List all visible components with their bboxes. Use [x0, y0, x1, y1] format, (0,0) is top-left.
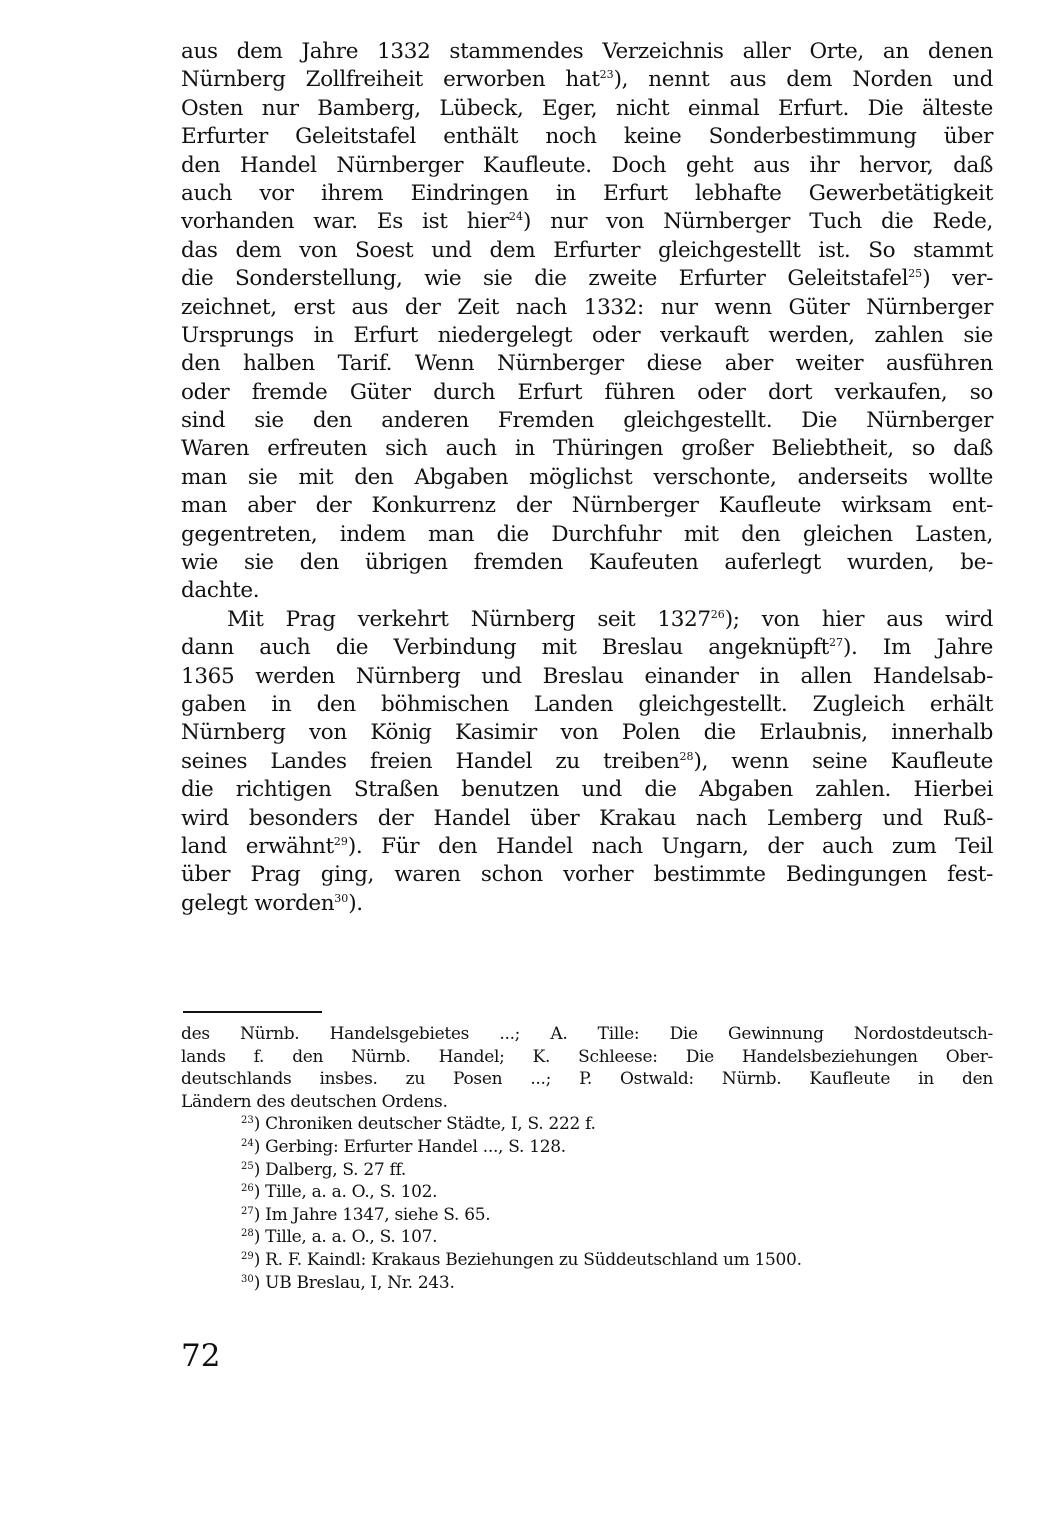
text-run: ) ver-: [922, 266, 993, 291]
text-run: ), wenn seine Kaufleute: [694, 749, 993, 774]
footnote-text: R. F. Kaindl: Krakaus Beziehungen zu Süd…: [265, 1250, 802, 1270]
footnote-number: 25: [241, 1161, 254, 1172]
text-line: vorhanden war. Es ist hier24) nur von Nü…: [181, 208, 993, 236]
text-run: Osten nur Bamberg, Lübeck, Eger, nicht e…: [181, 96, 993, 121]
text-run: vorhanden war. Es ist hier: [181, 209, 509, 234]
text-line: den halben Tarif. Wenn Nürnberger diese …: [181, 350, 993, 378]
footnote-text: Im Jahre 1347, siehe S. 65.: [265, 1205, 490, 1225]
text-line: das dem von Soest und dem Erfurter gleic…: [181, 237, 993, 265]
text-run: 1365 werden Nürnberg und Breslau einande…: [181, 664, 993, 689]
footnote-continuation: des Nürnb. Handelsgebietes ...; A. Tille…: [181, 1023, 993, 1113]
footnote-number: 24: [241, 1138, 254, 1149]
footnote-paren: ): [254, 1250, 265, 1270]
text-line: aus dem Jahre 1332 stammendes Verzeichni…: [181, 38, 993, 66]
footnote-text: Gerbing: Erfurter Handel ..., S. 128.: [265, 1137, 566, 1157]
text-run: oder fremde Güter durch Erfurt führen od…: [181, 380, 993, 405]
text-run: dachte.: [181, 578, 259, 603]
footnote-text: Dalberg, S. 27 ff.: [265, 1160, 406, 1180]
text-run: gaben in den böhmischen Landen gleichges…: [181, 692, 993, 717]
text-run: über Prag ging, waren schon vorher besti…: [181, 862, 993, 887]
footnote-continuation-line: lands f. den Nürnb. Handel; K. Schleese:…: [181, 1046, 993, 1069]
footnote-paren: ): [254, 1227, 265, 1247]
footnote-item: 28) Tille, a. a. O., S. 107.: [181, 1226, 993, 1249]
footnote-text: Tille, a. a. O., S. 107.: [265, 1227, 437, 1247]
footnote-paren: ): [254, 1160, 265, 1180]
footnote-item: 30) UB Breslau, I, Nr. 243.: [181, 1272, 993, 1295]
footnote-number: 26: [241, 1183, 254, 1194]
text-run: ), nennt aus dem Norden und: [614, 67, 993, 92]
text-run: Waren erfreuten sich auch in Thüringen g…: [181, 436, 993, 461]
footnote-item: 26) Tille, a. a. O., S. 102.: [181, 1181, 993, 1204]
footnote-paren: ): [254, 1137, 265, 1157]
footnote-number: 30: [241, 1274, 254, 1285]
text-run: man aber der Konkurrenz der Nürnberger K…: [181, 493, 993, 518]
text-run: wie sie den übrigen fremden Kaufeuten au…: [181, 550, 993, 575]
text-run: wird besonders der Handel über Krakau na…: [181, 806, 993, 831]
footnote-item: 25) Dalberg, S. 27 ff.: [181, 1159, 993, 1182]
page-number: 72: [181, 1338, 220, 1374]
footnote-paren: ): [254, 1182, 265, 1202]
text-line: wie sie den übrigen fremden Kaufeuten au…: [181, 549, 993, 577]
text-run: Nürnberg Zollfreiheit erworben hat: [181, 67, 600, 92]
footnote-item: 29) R. F. Kaindl: Krakaus Beziehungen zu…: [181, 1249, 993, 1272]
text-run: gelegt worden: [181, 891, 334, 916]
text-run: seines Landes freien Handel zu treiben: [181, 749, 680, 774]
footnote-continuation-line: Ländern des deutschen Ordens.: [181, 1091, 993, 1114]
text-line: auch vor ihrem Eindringen in Erfurt lebh…: [181, 180, 993, 208]
text-line: Osten nur Bamberg, Lübeck, Eger, nicht e…: [181, 95, 993, 123]
text-run: aus dem Jahre 1332 stammendes Verzeichni…: [181, 39, 993, 64]
footnote-reference: 23: [600, 68, 614, 81]
text-run: den halben Tarif. Wenn Nürnberger diese …: [181, 351, 993, 376]
footnote-reference: 26: [711, 608, 725, 621]
text-run: ). Für den Handel nach Ungarn, der auch …: [348, 834, 993, 859]
text-line: Nürnberg von König Kasimir von Polen die…: [181, 719, 993, 747]
footnote-text: Chroniken deutscher Städte, I, S. 222 f.: [265, 1114, 595, 1134]
text-line: land erwähnt29). Für den Handel nach Ung…: [181, 833, 993, 861]
text-run: man sie mit den Abgaben möglichst versch…: [181, 465, 993, 490]
text-line: den Handel Nürnberger Kaufleute. Doch ge…: [181, 152, 993, 180]
text-run: zeichnet, erst aus der Zeit nach 1332: n…: [181, 295, 993, 320]
text-line: sind sie den anderen Fremden gleichgeste…: [181, 407, 993, 435]
footnote-continuation-line: deutschlands insbes. zu Posen ...; P. Os…: [181, 1068, 993, 1091]
footnote-item: 24) Gerbing: Erfurter Handel ..., S. 128…: [181, 1136, 993, 1159]
text-line: man sie mit den Abgaben möglichst versch…: [181, 464, 993, 492]
text-line: gelegt worden30).: [181, 890, 993, 918]
text-run: den Handel Nürnberger Kaufleute. Doch ge…: [181, 153, 993, 178]
footnote-item: 27) Im Jahre 1347, siehe S. 65.: [181, 1204, 993, 1227]
footnote-continuation-line: des Nürnb. Handelsgebietes ...; A. Tille…: [181, 1023, 993, 1046]
footnote-reference: 25: [908, 267, 922, 280]
footnote-paren: ): [254, 1114, 265, 1134]
footnote-reference: 30: [334, 892, 348, 905]
footnote-item: 23) Chroniken deutscher Städte, I, S. 22…: [181, 1113, 993, 1136]
text-line: oder fremde Güter durch Erfurt führen od…: [181, 379, 993, 407]
footnote-reference: 27: [829, 636, 843, 649]
footnote-reference: 24: [509, 210, 523, 223]
text-line: dann auch die Verbindung mit Breslau ang…: [181, 634, 993, 662]
footnote-text: UB Breslau, I, Nr. 243.: [265, 1273, 454, 1293]
book-page: aus dem Jahre 1332 stammendes Verzeichni…: [181, 38, 993, 918]
text-run: Mit Prag verkehrt Nürnberg seit 1327: [227, 607, 711, 632]
text-line: Erfurter Geleitstafel enthält noch keine…: [181, 123, 993, 151]
text-line: seines Landes freien Handel zu treiben28…: [181, 748, 993, 776]
footnote-list: 23) Chroniken deutscher Städte, I, S. 22…: [181, 1113, 993, 1294]
text-run: die Sonderstellung, wie sie die zweite E…: [181, 266, 908, 291]
footnote-reference: 29: [334, 835, 348, 848]
text-run: Nürnberg von König Kasimir von Polen die…: [181, 720, 993, 745]
text-line: zeichnet, erst aus der Zeit nach 1332: n…: [181, 294, 993, 322]
footnote-number: 23: [241, 1115, 254, 1126]
text-run: ). Im Jahre: [843, 635, 993, 660]
footnote-number: 27: [241, 1206, 254, 1217]
text-line: gaben in den böhmischen Landen gleichges…: [181, 691, 993, 719]
footnote-number: 28: [241, 1228, 254, 1239]
text-line: man aber der Konkurrenz der Nürnberger K…: [181, 492, 993, 520]
text-line: wird besonders der Handel über Krakau na…: [181, 805, 993, 833]
text-line: dachte.: [181, 577, 993, 605]
text-line: 1365 werden Nürnberg und Breslau einande…: [181, 663, 993, 691]
footnote-paren: ): [254, 1205, 265, 1225]
text-run: auch vor ihrem Eindringen in Erfurt lebh…: [181, 181, 993, 206]
text-line: über Prag ging, waren schon vorher besti…: [181, 861, 993, 889]
text-line: Mit Prag verkehrt Nürnberg seit 132726);…: [181, 606, 993, 634]
footnote-number: 29: [241, 1251, 254, 1262]
text-line: Nürnberg Zollfreiheit erworben hat23), n…: [181, 66, 993, 94]
text-run: sind sie den anderen Fremden gleichgeste…: [181, 408, 993, 433]
footnote-separator: [183, 1011, 322, 1013]
text-line: Waren erfreuten sich auch in Thüringen g…: [181, 435, 993, 463]
text-run: die richtigen Straßen benutzen und die A…: [181, 777, 993, 802]
text-line: die Sonderstellung, wie sie die zweite E…: [181, 265, 993, 293]
text-run: dann auch die Verbindung mit Breslau ang…: [181, 635, 829, 660]
text-run: ).: [348, 891, 363, 916]
text-line: die richtigen Straßen benutzen und die A…: [181, 776, 993, 804]
text-run: gegentreten, indem man die Durchfuhr mit…: [181, 522, 993, 547]
footnote-paren: ): [254, 1273, 265, 1293]
footnote-text: Tille, a. a. O., S. 102.: [265, 1182, 437, 1202]
text-run: land erwähnt: [181, 834, 334, 859]
text-run: das dem von Soest und dem Erfurter gleic…: [181, 238, 993, 263]
footnote-reference: 28: [680, 750, 694, 763]
body-text: aus dem Jahre 1332 stammendes Verzeichni…: [181, 38, 993, 918]
text-line: gegentreten, indem man die Durchfuhr mit…: [181, 521, 993, 549]
text-run: Erfurter Geleitstafel enthält noch keine…: [181, 124, 993, 149]
footnotes: des Nürnb. Handelsgebietes ...; A. Tille…: [181, 1023, 993, 1294]
text-run: Ursprungs in Erfurt niedergelegt oder ve…: [181, 323, 993, 348]
text-run: ) nur von Nürnberger Tuch die Rede,: [523, 209, 993, 234]
text-line: Ursprungs in Erfurt niedergelegt oder ve…: [181, 322, 993, 350]
text-run: ); von hier aus wird: [725, 607, 993, 632]
